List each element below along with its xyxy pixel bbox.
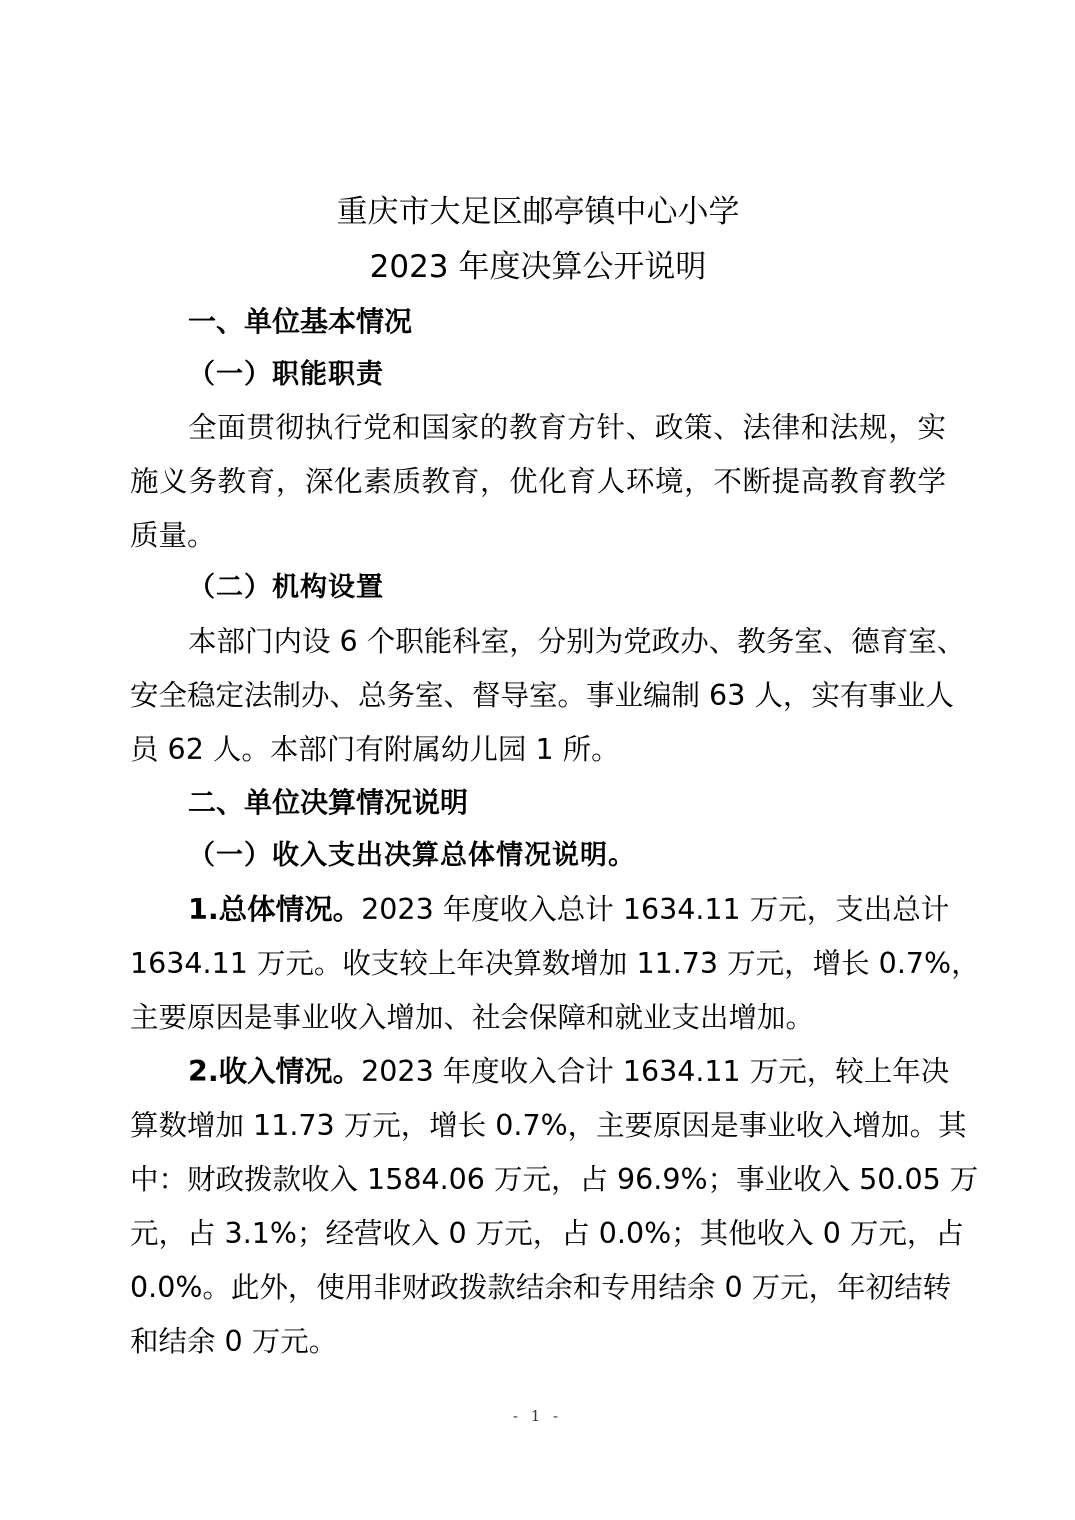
paragraph-line: 2.收入情况。2023 年度收入合计 1634.11 万元，较上年决 (130, 1052, 946, 1092)
section2-sub1-heading: （一）收入支出决算总体情况说明。 (188, 836, 636, 876)
income-label: 2.收入情况。 (188, 1055, 361, 1088)
income-text: 2023 年度收入合计 1634.11 万元，较上年决 (361, 1055, 949, 1088)
document-title-line2: 2023 年度决算公开说明 (130, 247, 946, 287)
paragraph-line: 施义务教育，深化素质教育，优化育人环境，不断提高教育教学 (130, 462, 946, 502)
paragraph-line: 全面贯彻执行党和国家的教育方针、政策、法律和法规，实 (130, 408, 946, 448)
paragraph-line: 本部门内设 6 个职能科室，分别为党政办、教务室、德育室、 (130, 622, 946, 662)
paragraph-line: 安全稳定法制办、总务室、督导室。事业编制 63 人，实有事业人 (130, 676, 946, 716)
paragraph-line: 1634.11 万元。收支较上年决算数增加 11.73 万元，增长 0.7%， (130, 944, 946, 984)
section2-heading: 二、单位决算情况说明 (188, 783, 468, 823)
section1-heading: 一、单位基本情况 (188, 302, 412, 342)
paragraph-line: 0.0%。此外，使用非财政拨款结余和专用结余 0 万元，年初结转 (130, 1268, 946, 1308)
paragraph-line: 算数增加 11.73 万元，增长 0.7%，主要原因是事业收入增加。其 (130, 1106, 946, 1146)
paragraph-line: 1.总体情况。2023 年度收入总计 1634.11 万元，支出总计 (130, 890, 946, 930)
overall-text: 2023 年度收入总计 1634.11 万元，支出总计 (361, 893, 949, 926)
paragraph-line: 和结余 0 万元。 (130, 1322, 946, 1362)
document-title-line1: 重庆市大足区邮亭镇中心小学 (130, 192, 946, 232)
paragraph-line: 中：财政拨款收入 1584.06 万元，占 96.9%；事业收入 50.05 万 (130, 1160, 946, 1200)
paragraph-line: 质量。 (130, 516, 946, 556)
page-number: - 1 - (0, 1407, 1075, 1425)
overall-label: 1.总体情况。 (188, 893, 361, 926)
paragraph-line: 元，占 3.1%；经营收入 0 万元，占 0.0%；其他收入 0 万元，占 (130, 1214, 946, 1254)
paragraph-line: 员 62 人。本部门有附属幼儿园 1 所。 (130, 730, 946, 770)
section1-sub2-heading: （二）机构设置 (188, 568, 384, 608)
paragraph-line: 主要原因是事业收入增加、社会保障和就业支出增加。 (130, 998, 946, 1038)
section1-sub1-heading: （一）职能职责 (188, 355, 384, 395)
